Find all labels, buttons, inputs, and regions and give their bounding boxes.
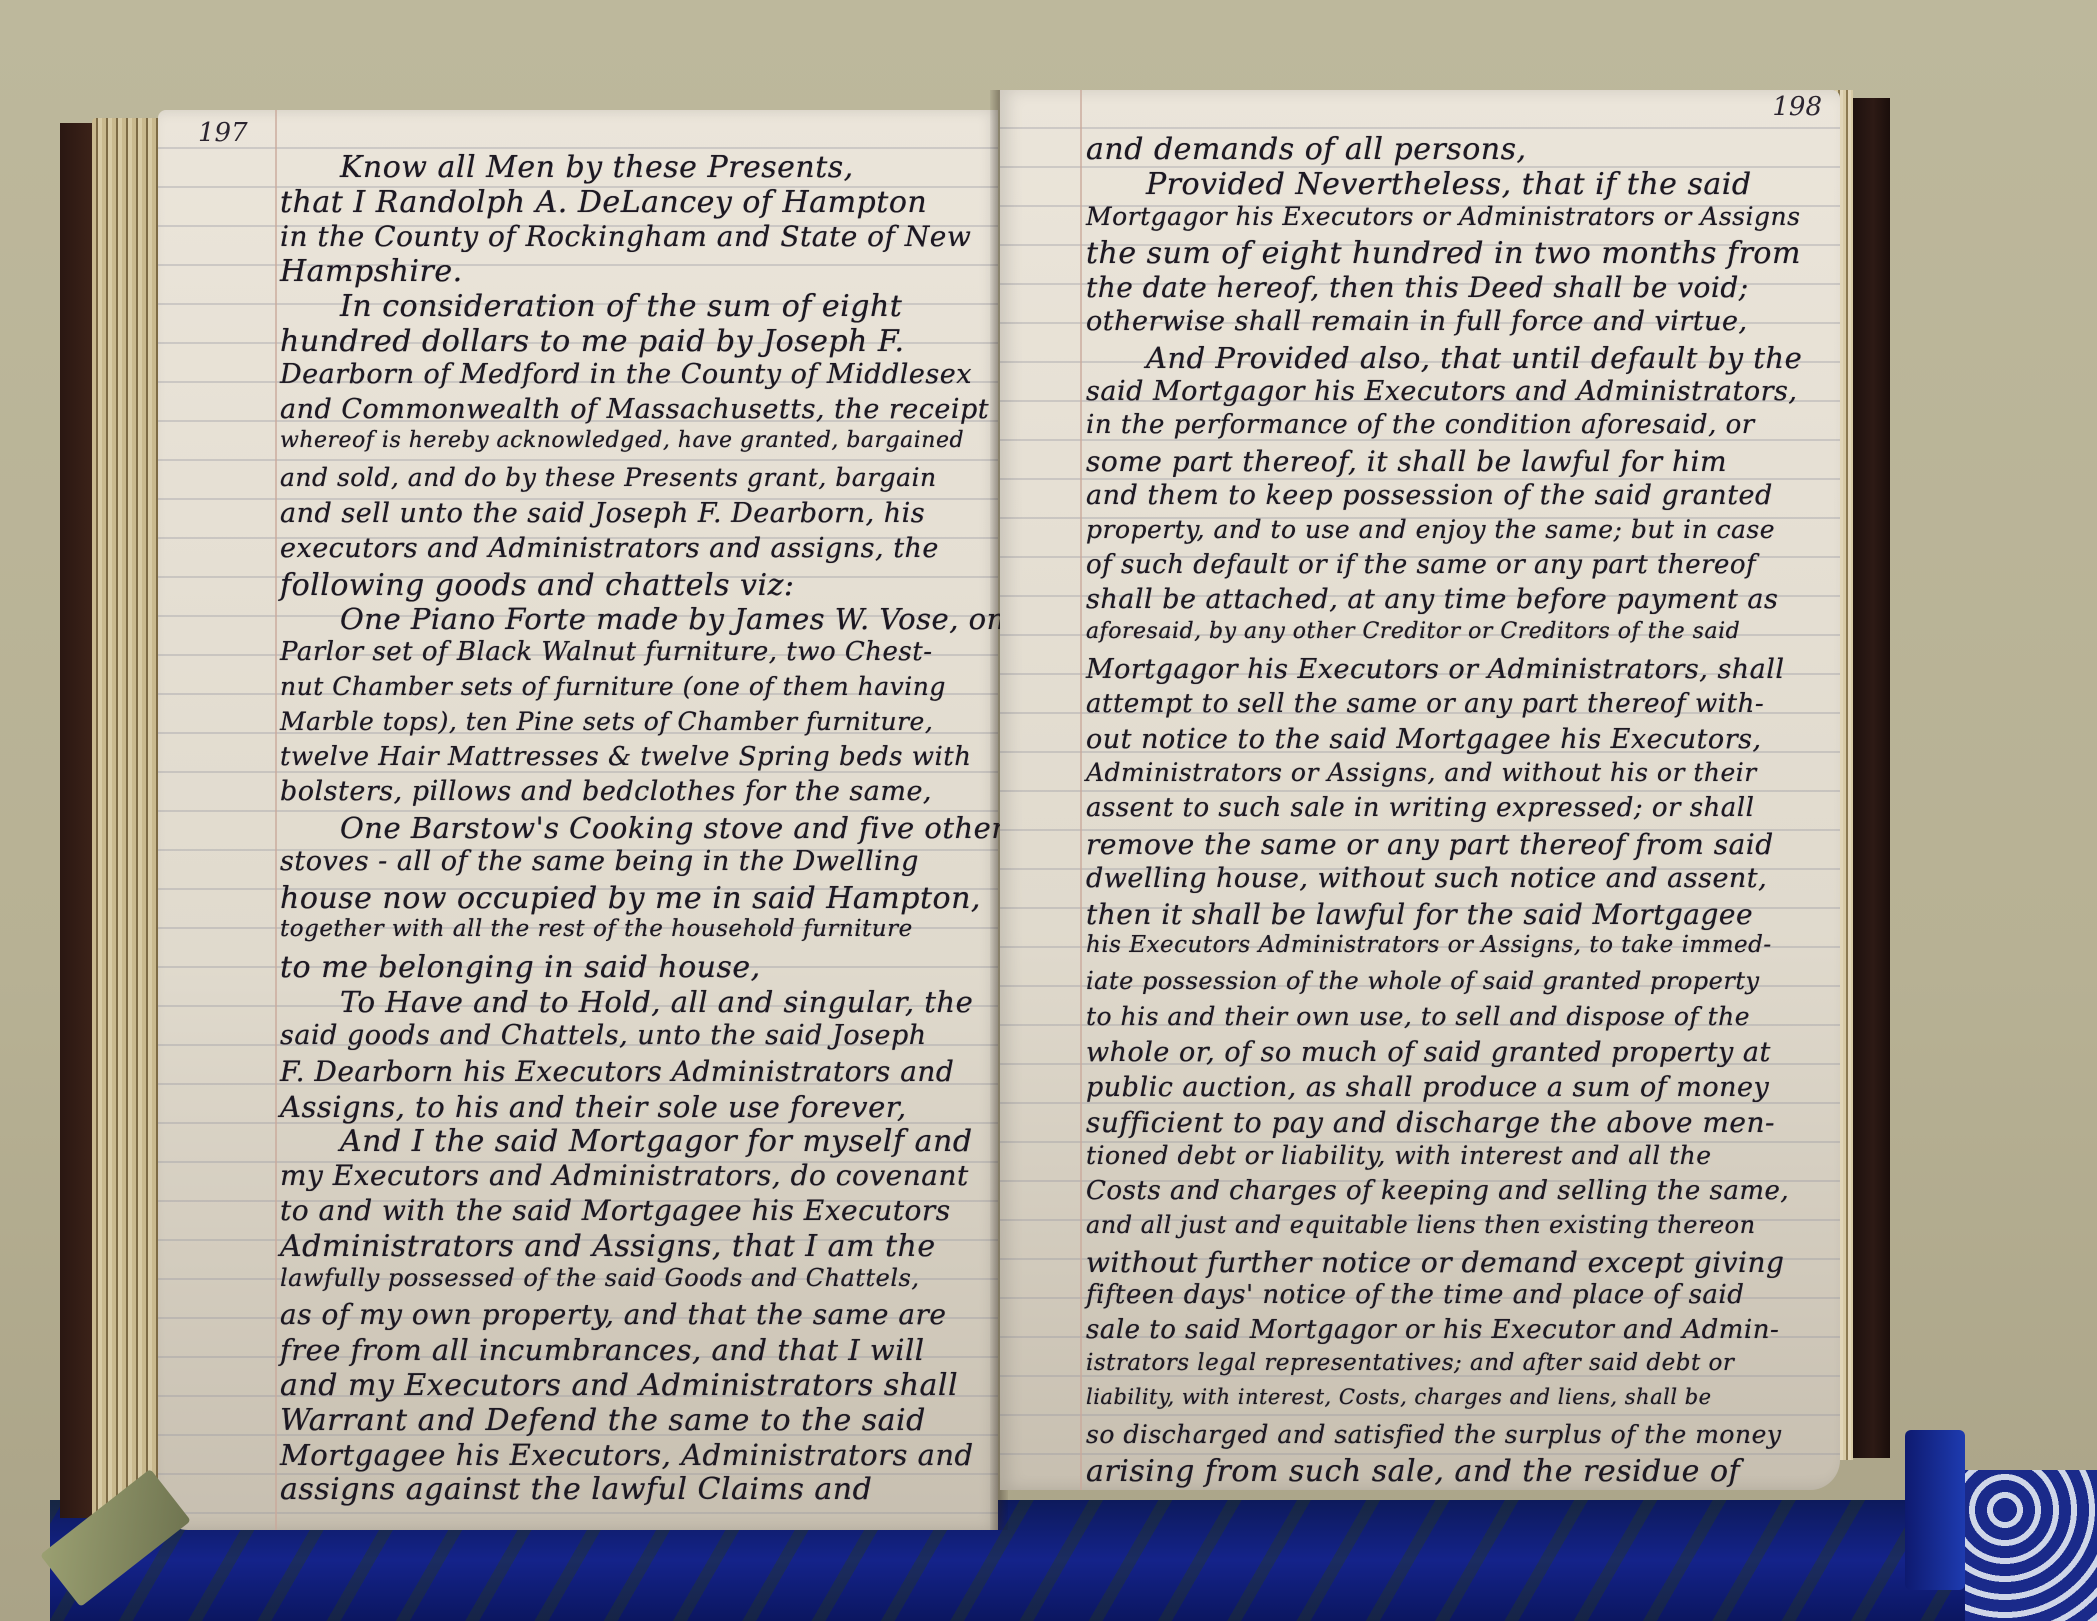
handwritten-line: And Provided also, that until default by…: [1146, 341, 1802, 375]
handwritten-line: and my Executors and Administrators shal…: [280, 1368, 958, 1403]
margin-line: [1080, 90, 1082, 1490]
handwritten-line: so discharged and satisfied the surplus …: [1086, 1420, 1781, 1449]
handwritten-line: and Commonwealth of Massachusetts, the r…: [280, 394, 989, 425]
handwritten-line: fifteen days' notice of the time and pla…: [1086, 1280, 1744, 1310]
margin-line: [275, 110, 277, 1530]
handwritten-line: together with all the rest of the househ…: [280, 916, 913, 942]
handwritten-line: Mortgagor his Executors or Administrator…: [1086, 202, 1800, 231]
handwritten-line: One Barstow's Cooking stove and five oth…: [340, 811, 1006, 845]
handwritten-line: to his and their own use, to sell and di…: [1086, 1002, 1750, 1031]
handwritten-line: otherwise shall remain in full force and…: [1086, 306, 1748, 337]
handwritten-line: Hampshire.: [280, 254, 463, 289]
handwritten-line: and sold, and do by these Presents grant…: [280, 463, 937, 492]
handwritten-line: executors and Administrators and assigns…: [280, 533, 939, 564]
handwritten-line: free from all incumbrances, and that I w…: [280, 1333, 925, 1367]
handwritten-line: the date hereof, then this Deed shall be…: [1086, 271, 1749, 304]
handwritten-line: whereof is hereby acknowledged, have gra…: [280, 428, 964, 453]
handwritten-line: of such default or if the same or any pa…: [1086, 550, 1756, 580]
handwritten-line: Warrant and Defend the same to the said: [280, 1403, 926, 1438]
handwritten-line: his Executors Administrators or Assigns,…: [1086, 932, 1772, 958]
handwritten-line: F. Dearborn his Executors Administrators…: [280, 1055, 954, 1088]
handwritten-line: tioned debt or liability, with interest …: [1086, 1141, 1712, 1170]
handwritten-line: in the County of Rockingham and State of…: [280, 220, 971, 253]
book-cover-right: [1848, 98, 1890, 1458]
handwritten-line: attempt to sell the same or any part the…: [1086, 689, 1764, 719]
handwritten-line: Mortgagor his Executors or Administrator…: [1086, 654, 1785, 685]
handwritten-line: public auction, as shall produce a sum o…: [1086, 1072, 1769, 1103]
handwritten-line: to and with the said Mortgagee his Execu…: [280, 1194, 951, 1227]
handwritten-line: aforesaid, by any other Creditor or Cred…: [1086, 619, 1740, 644]
handwritten-line: hundred dollars to me paid by Joseph F.: [280, 324, 905, 359]
handwritten-line: nut Chamber sets of furniture (one of th…: [280, 672, 946, 701]
handwritten-line: iate possession of the whole of said gra…: [1086, 967, 1760, 995]
handwritten-line: out notice to the said Mortgagee his Exe…: [1086, 724, 1762, 755]
handwritten-line: and demands of all persons,: [1086, 132, 1527, 167]
handwritten-line: bolsters, pillows and bedclothes for the…: [280, 776, 932, 807]
handwritten-line: twelve Hair Mattresses & twelve Spring b…: [280, 742, 972, 772]
handwritten-line: in the performance of the condition afor…: [1086, 410, 1755, 440]
left-page: 197 Know all Men by these Presents,that …: [158, 110, 998, 1530]
handwritten-line: Know all Men by these Presents,: [340, 150, 854, 185]
handwritten-line: assent to such sale in writing expressed…: [1086, 793, 1754, 823]
handwritten-line: In consideration of the sum of eight: [340, 289, 902, 324]
handwritten-line: Provided Nevertheless, that if the said: [1146, 167, 1752, 202]
handwritten-line: To Have and to Hold, all and singular, t…: [340, 985, 973, 1019]
handwritten-line: whole or, of so much of said granted pro…: [1086, 1037, 1771, 1068]
handwritten-line: Marble tops), ten Pine sets of Chamber f…: [280, 707, 933, 736]
handwritten-line: to me belonging in said house,: [280, 950, 761, 985]
handwritten-line: my Executors and Administrators, do cove…: [280, 1159, 969, 1192]
handwritten-line: said goods and Chattels, unto the said J…: [280, 1020, 927, 1051]
handwritten-line: And I the said Mortgagor for myself and: [340, 1124, 973, 1159]
handwritten-line: then it shall be lawful for the said Mor…: [1086, 898, 1753, 931]
handwritten-line: the sum of eight hundred in two months f…: [1086, 236, 1801, 271]
handwritten-line: house now occupied by me in said Hampton…: [280, 881, 981, 916]
handwritten-line: assigns against the lawful Claims and: [280, 1472, 872, 1507]
handwritten-line: without further notice or demand except …: [1086, 1246, 1784, 1279]
handwritten-line: said Mortgagor his Executors and Adminis…: [1086, 376, 1797, 407]
handwritten-line: Mortgagee his Executors, Administrators …: [280, 1438, 974, 1472]
handwritten-line: arising from such sale, and the residue …: [1086, 1454, 1740, 1489]
right-page: 198 and demands of all persons,Provided …: [1000, 90, 1840, 1490]
handwritten-line: Dearborn of Medford in the County of Mid…: [280, 359, 972, 390]
handwritten-line: remove the same or any part thereof from…: [1086, 828, 1774, 861]
handwritten-line: One Piano Forte made by James W. Vose, o…: [340, 602, 1023, 636]
page-number: 197: [198, 118, 248, 148]
handwritten-line: Parlor set of Black Walnut furniture, tw…: [280, 637, 933, 667]
handwritten-line: following goods and chattels viz:: [280, 568, 795, 603]
handwritten-line: lawfully possessed of the said Goods and…: [280, 1264, 919, 1292]
handwritten-line: istrators legal representatives; and aft…: [1086, 1350, 1734, 1376]
handwritten-line: as of my own property, and that the same…: [280, 1298, 946, 1331]
handwritten-line: sale to said Mortgagor or his Executor a…: [1086, 1315, 1779, 1345]
page-number: 198: [1772, 92, 1822, 122]
handwritten-line: Costs and charges of keeping and selling…: [1086, 1176, 1789, 1206]
patterned-ribbon: [1965, 1470, 2097, 1621]
handwritten-line: that I Randolph A. DeLancey of Hampton: [280, 185, 927, 220]
binder-clip-icon: [1905, 1430, 1965, 1590]
handwritten-line: and them to keep possession of the said …: [1086, 480, 1773, 511]
handwritten-line: stoves - all of the same being in the Dw…: [280, 846, 919, 877]
handwritten-line: some part thereof, it shall be lawful fo…: [1086, 445, 1727, 478]
page-edges-left: [92, 118, 160, 1518]
handwritten-line: and all just and equitable liens then ex…: [1086, 1211, 1756, 1239]
handwritten-line: sufficient to pay and discharge the abov…: [1086, 1106, 1775, 1139]
handwritten-line: property, and to use and enjoy the same;…: [1086, 515, 1775, 544]
handwritten-line: and sell unto the said Joseph F. Dearbor…: [280, 498, 925, 529]
handwritten-line: Administrators or Assigns, and without h…: [1086, 758, 1757, 787]
handwritten-line: liability, with interest, Costs, charges…: [1086, 1385, 1712, 1409]
handwritten-line: shall be attached, at any time before pa…: [1086, 584, 1778, 615]
handwritten-line: Assigns, to his and their sole use forev…: [280, 1090, 907, 1124]
handwritten-line: Administrators and Assigns, that I am th…: [280, 1229, 936, 1264]
handwritten-line: dwelling house, without such notice and …: [1086, 863, 1767, 894]
